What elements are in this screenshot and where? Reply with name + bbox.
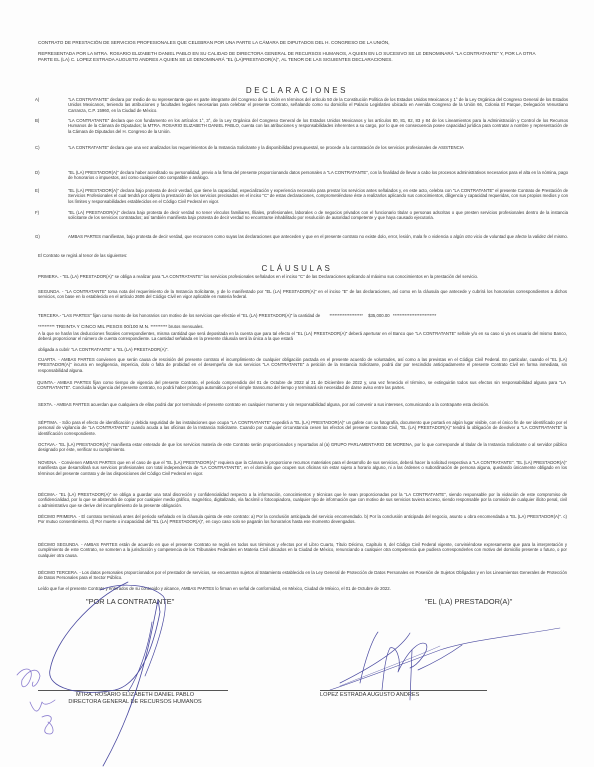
handwritten-signatures-icon bbox=[0, 0, 594, 767]
contract-page: CONTRATO DE PRESTACIÓN DE SERVICIOS PROF… bbox=[0, 0, 594, 767]
